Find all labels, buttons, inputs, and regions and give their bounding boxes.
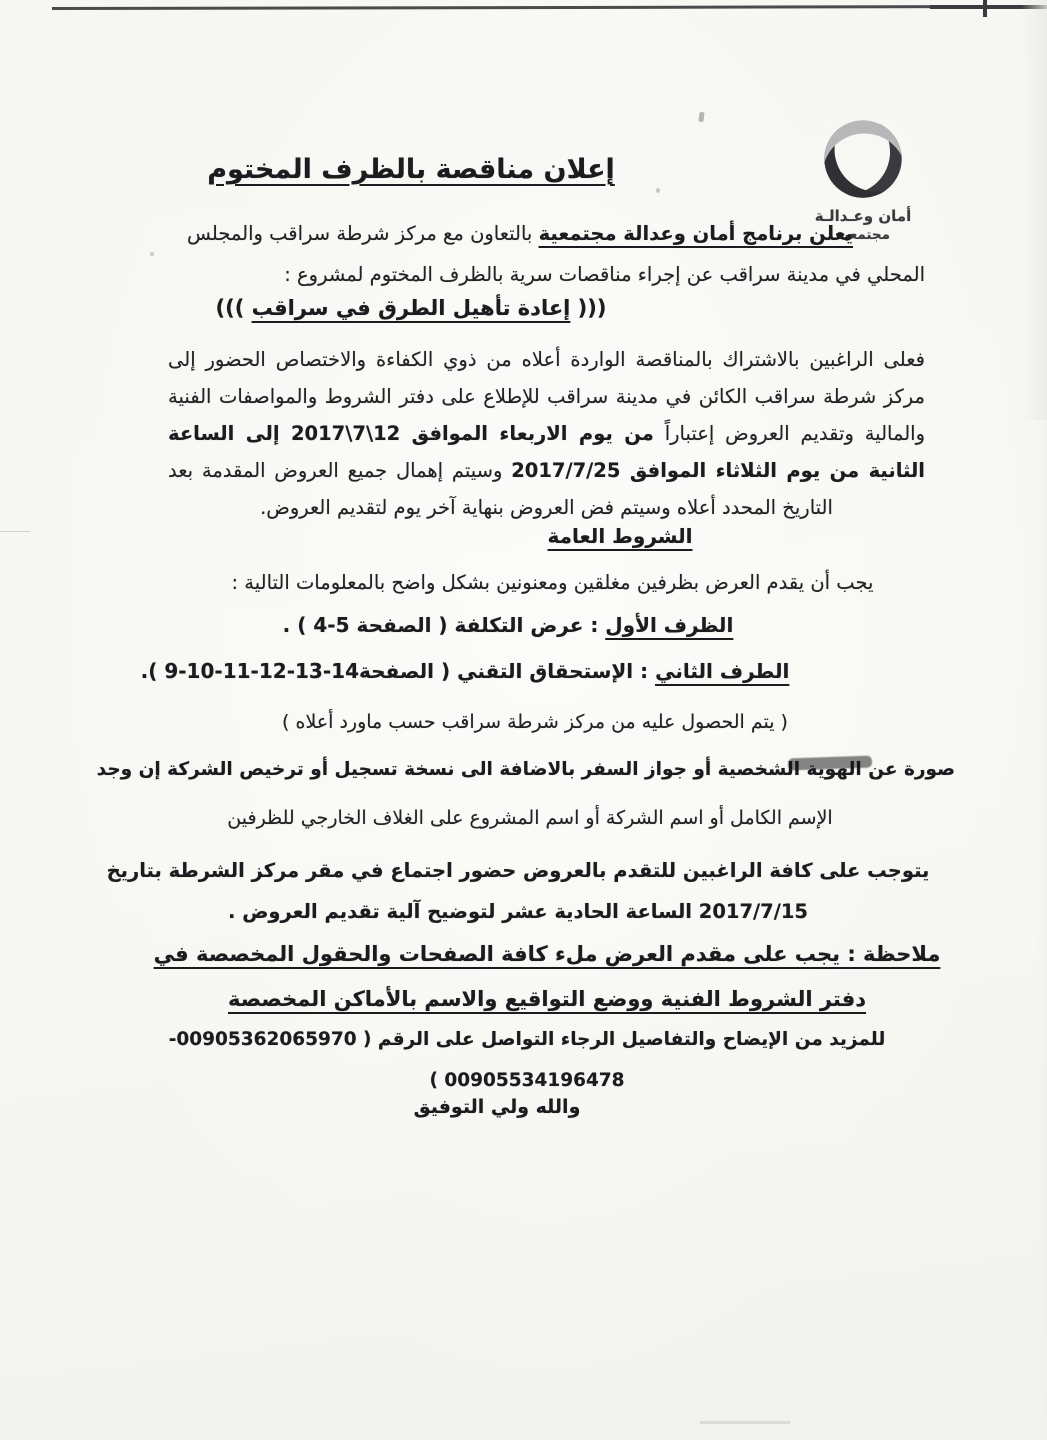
envelope-2-label: الطرف الثاني <box>655 659 789 683</box>
scan-artifact-speck <box>698 112 704 123</box>
intro-announcer: يعلن برنامج أمان وعدالة مجتمعية <box>539 222 853 245</box>
envelope-1-label: الظرف الأول <box>605 613 733 637</box>
project-name-line: ((( إعادة تأهيل الطرق في سراقب ))) <box>0 296 822 320</box>
note-line-2: دفتر الشروط الفنية ووضع التواقيع والاسم … <box>124 977 970 1022</box>
scan-artifact-top-line <box>52 5 1047 10</box>
meeting-requirement: يتوجب على كافة الراغبين للتقدم بالعروض ح… <box>95 850 941 932</box>
scan-artifact-bottom-smudge <box>700 1421 790 1424</box>
scan-artifact-paper-edge <box>1037 400 1047 1440</box>
name-requirement-line: الإسم الكامل أو اسم الشركة أو اسم المشرو… <box>107 803 953 833</box>
contact-block: للمزيد من الإيضاح والتفاصيل الرجاء التوا… <box>104 1019 950 1101</box>
contact-line-1: للمزيد من الإيضاح والتفاصيل الرجاء التوا… <box>104 1019 950 1060</box>
project-close-parens: ))) <box>216 296 252 320</box>
project-open-parens: ((( <box>570 296 606 320</box>
note-block: ملاحظة : يجب على مقدم العرض ملء كافة الص… <box>124 932 970 1022</box>
envelope-1-line: الظرف الأول : عرض التكلفة ( الصفحة 5-4 )… <box>85 610 931 640</box>
project-name: إعادة تأهيل الطرق في سراقب <box>252 296 571 320</box>
scan-artifact-fold-line <box>0 531 30 532</box>
general-conditions-heading: الشروط العامة <box>195 524 1045 548</box>
closing-blessing: والله ولي التوفيق <box>74 1096 920 1118</box>
contact-line-2: 00905534196478 ) <box>104 1060 950 1101</box>
scanned-document-page: أمان وعـدالـة مجتمعية إعلان مناقصة بالظر… <box>0 0 1047 1440</box>
meeting-line-2: 2017/7/15 الساعة الحادية عشر لتوضيح آلية… <box>95 891 941 932</box>
conditions-intro-line: يجب أن يقدم العرض بظرفين مغلقين ومعنونين… <box>130 568 975 598</box>
scan-artifact-paper-edge <box>1021 0 1047 420</box>
note-line-1: ملاحظة : يجب على مقدم العرض ملء كافة الص… <box>124 932 970 977</box>
intro-paragraph: يعلن برنامج أمان وعدالة مجتمعية بالتعاون… <box>163 213 925 295</box>
scan-artifact-corner-tick <box>983 0 987 17</box>
envelope-2-content: : الإستحقاق التقني ( الصفحة14-13-12-11-1… <box>141 659 655 683</box>
document-title: إعلان مناقصة بالظرف المختوم <box>0 150 822 190</box>
envelope-2-line: الطرف الثاني : الإستحقاق التقني ( الصفحة… <box>42 656 888 686</box>
scan-artifact-speck <box>150 252 154 256</box>
tender-details-paragraph: فعلى الراغبين بالاشتراك بالمناقصة الوارد… <box>168 341 925 526</box>
meeting-line-1: يتوجب على كافة الراغبين للتقدم بالعروض ح… <box>95 850 941 891</box>
envelope-1-content: : عرض التكلفة ( الصفحة 5-4 ) . <box>283 613 606 637</box>
obtain-note-line: ( يتم الحصول عليه من مركز شرطة سراقب حسب… <box>112 707 958 737</box>
